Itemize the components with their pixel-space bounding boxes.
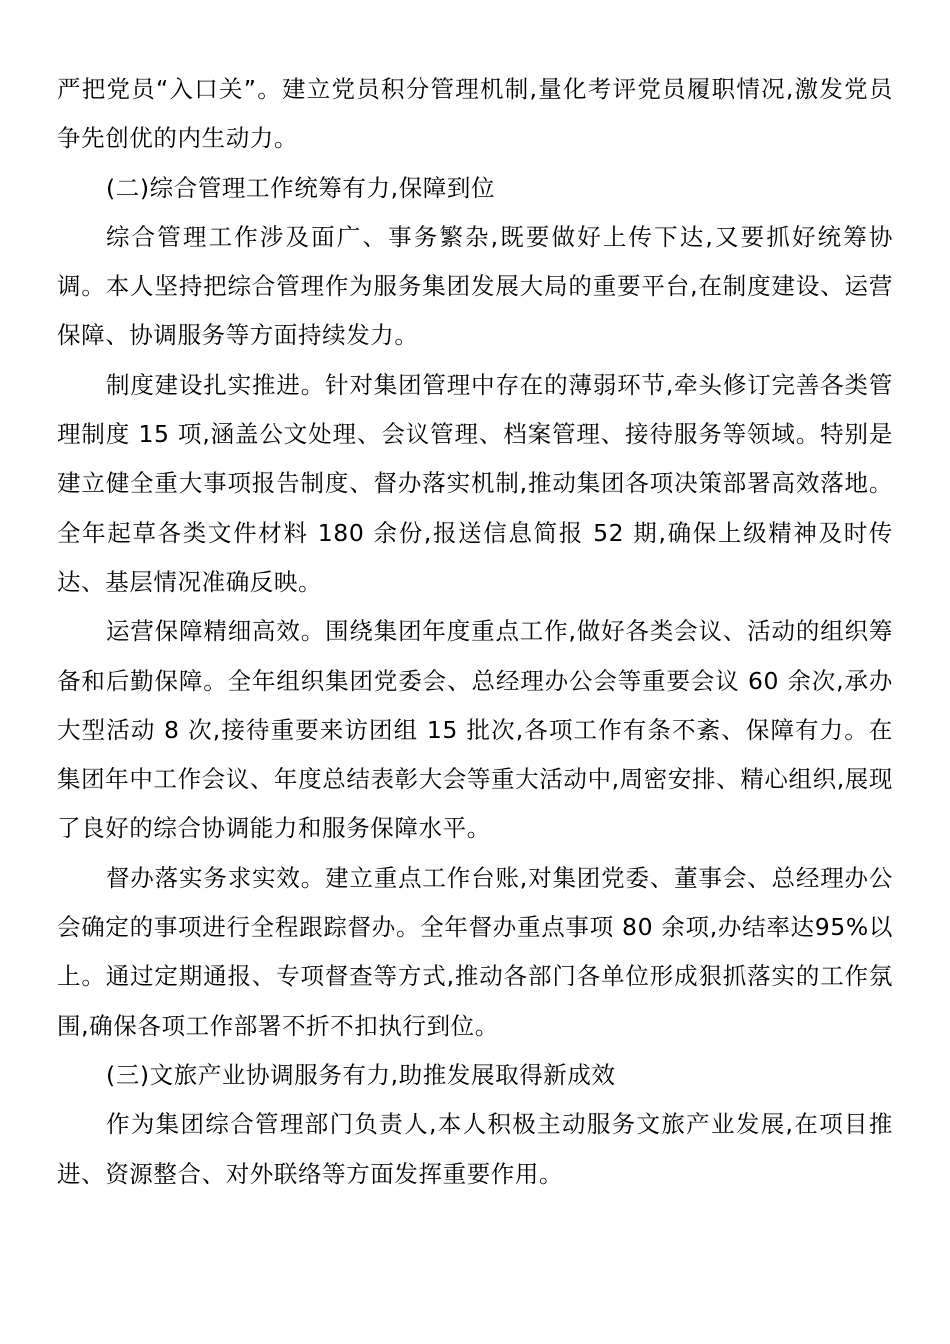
paragraph-system-building: 制度建设扎实推进。针对集团管理中存在的薄弱环节,牵头修订完善各类管理制度 15 … [57,361,893,607]
paragraph-party-member-continuation: 严把党员“入口关”。建立党员积分管理机制,量化考评党员履职情况,激发党员争先创优… [57,65,893,164]
paragraph-cultural-tourism: 作为集团综合管理部门负责人,本人积极主动服务文旅产业发展,在项目推进、资源整合、… [57,1100,893,1199]
document-page: 严把党员“入口关”。建立党员积分管理机制,量化考评党员履职情况,激发党员争先创优… [57,65,893,1199]
paragraph-operation-support: 运营保障精细高效。围绕集团年度重点工作,做好各类会议、活动的组织筹备和后勤保障。… [57,607,893,853]
section-heading-3: (三)文旅产业协调服务有力,助推发展取得新成效 [57,1051,893,1100]
paragraph-supervision: 督办落实务求实效。建立重点工作台账,对集团党委、董事会、总经理办公会确定的事项进… [57,854,893,1051]
section-heading-2: (二)综合管理工作统筹有力,保障到位 [57,164,893,213]
paragraph-comprehensive-management: 综合管理工作涉及面广、事务繁杂,既要做好上传下达,又要抓好统筹协调。本人坚持把综… [57,213,893,361]
